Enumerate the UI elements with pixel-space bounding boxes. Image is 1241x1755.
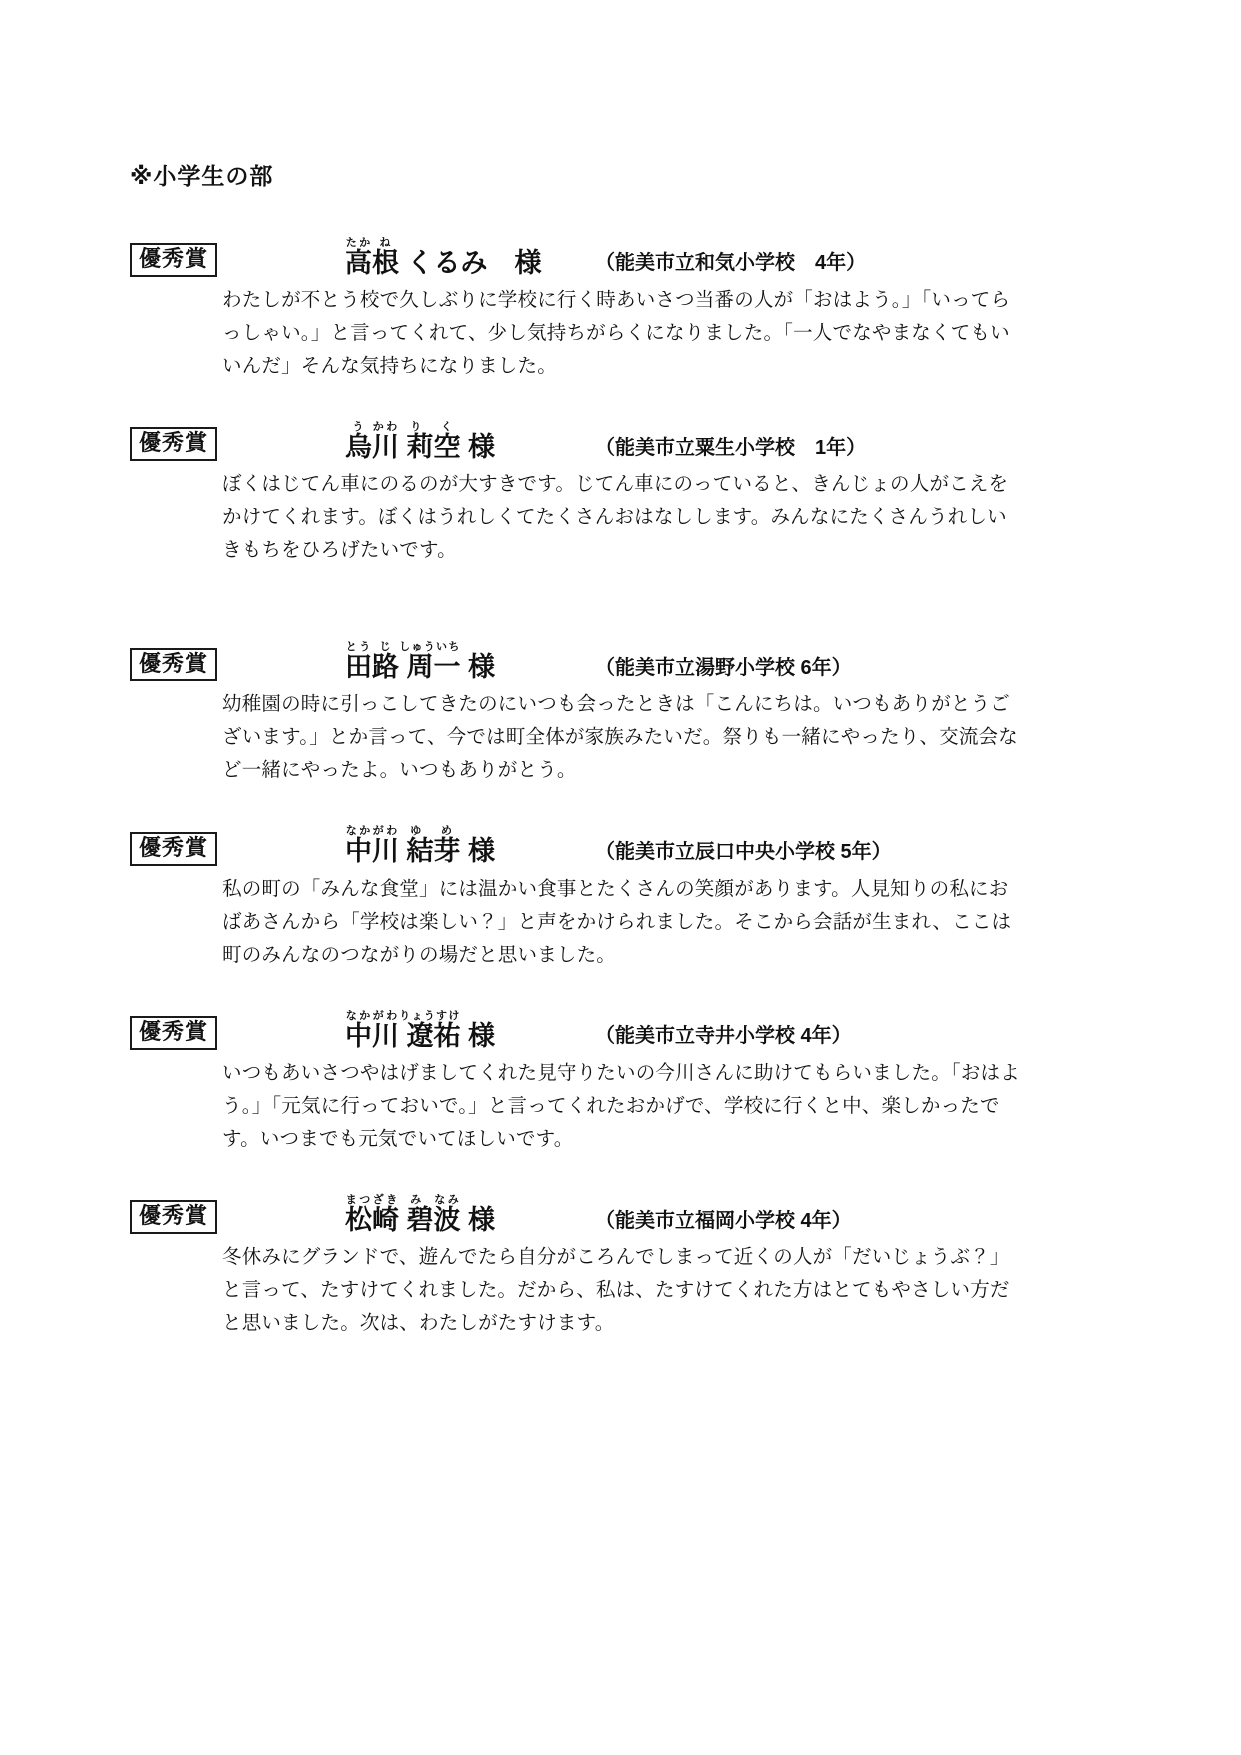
winner-comment: 私の町の「みんな食堂」には温かい食事とたくさんの笑顔があります。人見知りの私にお… <box>222 873 1024 972</box>
award-badge: 優秀賞 <box>130 832 217 866</box>
winner-comment: 冬休みにグランドで、遊んでたら自分がころんでしまって近くの人が「だいじょうぶ？」… <box>222 1241 1024 1340</box>
winner-name: 松まつ崎ざき 碧み波なみ 様 <box>345 1194 595 1235</box>
entry-header: 優秀賞 烏う川かわ 莉り空く 様 （能美市立粟生小学校 1年） <box>130 421 1241 462</box>
award-entry: 優秀賞 中なか川がわ 遼祐りょうすけ 様 （能美市立寺井小学校 4年） いつもあ… <box>130 1010 1241 1156</box>
entry-header: 優秀賞 高たか根ね くるみ 様 （能美市立和気小学校 4年） <box>130 237 1241 278</box>
winner-name: 中なか川がわ 遼祐りょうすけ 様 <box>345 1010 595 1051</box>
winner-school: （能美市立辰口中央小学校 5年） <box>595 841 1241 866</box>
award-entry: 優秀賞 高たか根ね くるみ 様 （能美市立和気小学校 4年） わたしが不とう校で… <box>130 237 1241 383</box>
winner-comment: ぼくはじてん車にのるのが大すきです。じてん車にのっていると、きんじょの人がこえを… <box>222 468 1024 567</box>
award-entry: 優秀賞 烏う川かわ 莉り空く 様 （能美市立粟生小学校 1年） ぼくはじてん車に… <box>130 421 1241 567</box>
winner-school: （能美市立福岡小学校 4年） <box>595 1210 1241 1235</box>
winner-school: （能美市立粟生小学校 1年） <box>595 437 1241 462</box>
winner-name: 高たか根ね くるみ 様 <box>345 237 595 278</box>
winner-comment: 幼稚園の時に引っこしてきたのにいつも会ったときは「こんにちは。いつもありがとうご… <box>222 688 1024 787</box>
entry-header: 優秀賞 田とう路じ 周一しゅういち 様 （能美市立湯野小学校 6年） <box>130 641 1241 682</box>
award-badge: 優秀賞 <box>130 427 217 461</box>
winner-comment: わたしが不とう校で久しぶりに学校に行く時あいさつ当番の人が「おはよう。」「いって… <box>222 284 1024 383</box>
winner-name: 田とう路じ 周一しゅういち 様 <box>345 641 595 682</box>
entry-header: 優秀賞 松まつ崎ざき 碧み波なみ 様 （能美市立福岡小学校 4年） <box>130 1194 1241 1235</box>
award-entry: 優秀賞 中なか川がわ 結ゆ芽め 様 （能美市立辰口中央小学校 5年） 私の町の「… <box>130 825 1241 971</box>
winner-school: （能美市立寺井小学校 4年） <box>595 1025 1241 1050</box>
award-badge: 優秀賞 <box>130 648 217 682</box>
entry-header: 優秀賞 中なか川がわ 遼祐りょうすけ 様 （能美市立寺井小学校 4年） <box>130 1010 1241 1051</box>
winner-name: 中なか川がわ 結ゆ芽め 様 <box>345 825 595 866</box>
entry-header: 優秀賞 中なか川がわ 結ゆ芽め 様 （能美市立辰口中央小学校 5年） <box>130 825 1241 866</box>
award-entry: 優秀賞 田とう路じ 周一しゅういち 様 （能美市立湯野小学校 6年） 幼稚園の時… <box>130 641 1241 787</box>
award-entries: 優秀賞 高たか根ね くるみ 様 （能美市立和気小学校 4年） わたしが不とう校で… <box>130 237 1241 1340</box>
section-title: ※小学生の部 <box>130 163 1241 191</box>
award-badge: 優秀賞 <box>130 1200 217 1234</box>
winner-comment: いつもあいさつやはげましてくれた見守りたいの今川さんに助けてもらいました。「おは… <box>222 1057 1024 1156</box>
award-badge: 優秀賞 <box>130 243 217 277</box>
award-entry: 優秀賞 松まつ崎ざき 碧み波なみ 様 （能美市立福岡小学校 4年） 冬休みにグラ… <box>130 1194 1241 1340</box>
winner-school: （能美市立湯野小学校 6年） <box>595 657 1241 682</box>
winner-name: 烏う川かわ 莉り空く 様 <box>345 421 595 462</box>
award-badge: 優秀賞 <box>130 1016 217 1050</box>
document-page: ※小学生の部 優秀賞 高たか根ね くるみ 様 （能美市立和気小学校 4年） わた… <box>0 0 1241 1755</box>
winner-school: （能美市立和気小学校 4年） <box>595 252 1241 277</box>
